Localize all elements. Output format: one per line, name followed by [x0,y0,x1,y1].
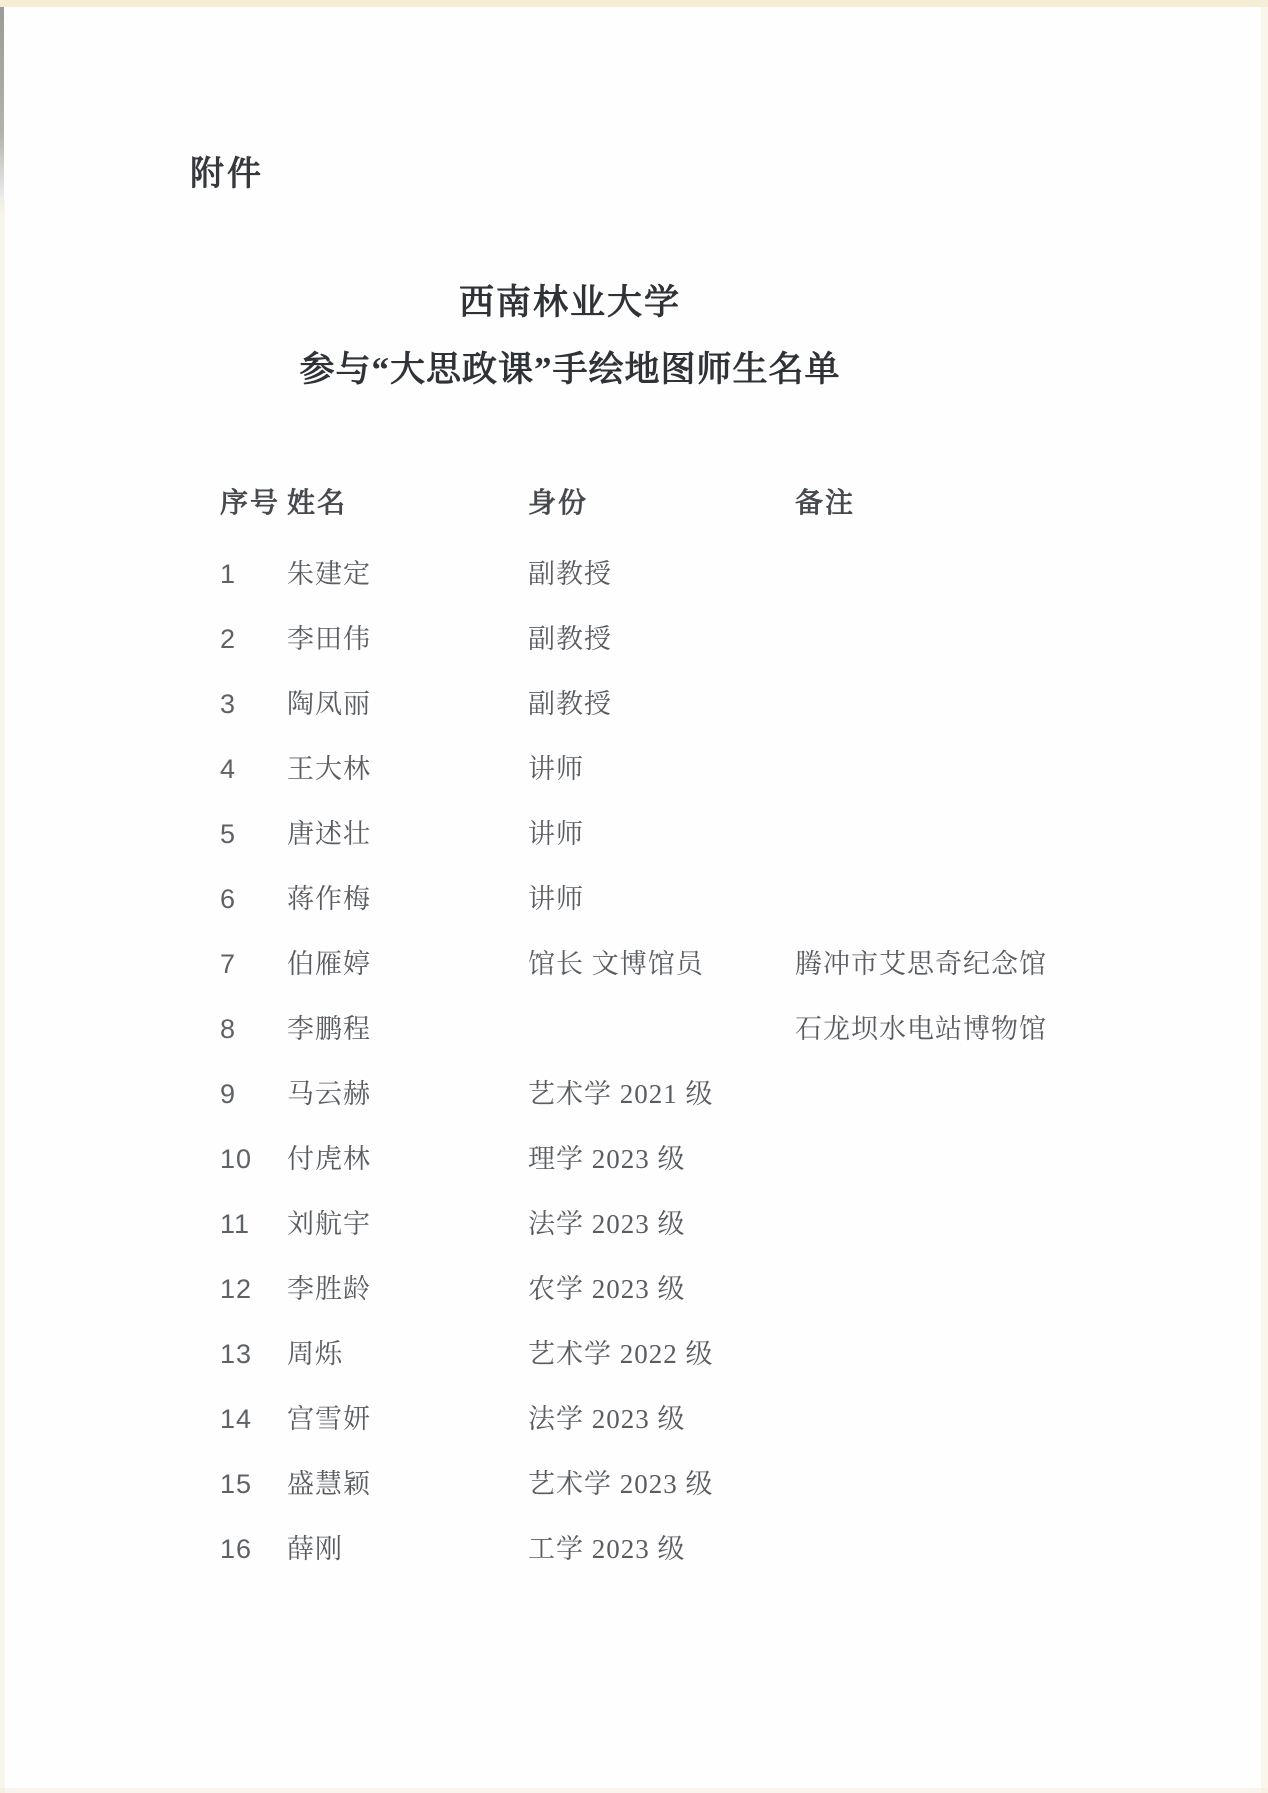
row-identity-cell: 副教授 [528,687,795,721]
table-row: 14 宫雪妍 法学 2023 级 [220,1402,1268,1467]
row-number-cell: 5 [220,817,287,851]
row-name-cell: 付虎林 [287,1142,528,1176]
table-row: 1 朱建定 副教授 [220,557,1268,622]
row-number-cell: 11 [220,1207,287,1241]
row-name-cell: 朱建定 [287,557,528,591]
document-title-line1: 西南林业大学 [120,282,1020,324]
row-name-cell: 李胜龄 [287,1272,528,1306]
row-number-cell: 13 [220,1337,287,1371]
table-row: 16 薛刚 工学 2023 级 [220,1532,1268,1597]
row-name-cell: 宫雪妍 [287,1402,528,1436]
row-number-cell: 1 [220,557,287,591]
document-title-line2: 参与“大思政课”手绘地图师生名单 [120,348,1020,392]
row-name-cell: 王大林 [287,752,528,786]
table-row: 7 伯雁婷 馆长 文博馆员 腾冲市艾思奇纪念馆 [220,947,1268,1012]
row-name-cell: 周烁 [287,1337,528,1371]
table-row: 5 唐述壮 讲师 [220,817,1268,882]
table-row: 13 周烁 艺术学 2022 级 [220,1337,1268,1402]
row-name-cell: 盛慧颖 [287,1467,528,1501]
roster-table: 序号 姓名 身份 备注 1 朱建定 副教授 2 李田伟 副教授 3 陶凤丽 副教… [0,486,1268,1597]
table-row: 15 盛慧颖 艺术学 2023 级 [220,1467,1268,1532]
table-row: 4 王大林 讲师 [220,752,1268,817]
row-identity-cell: 理学 2023 级 [528,1142,795,1176]
row-identity-cell: 副教授 [528,622,795,656]
scan-artifact-bottom-edge [0,1788,1268,1793]
row-number-cell: 4 [220,752,287,786]
row-number-cell: 14 [220,1402,287,1436]
row-remark-cell: 石龙坝水电站博物馆 [795,1012,1215,1046]
row-identity-cell: 艺术学 2022 级 [528,1337,795,1371]
row-name-cell: 薛刚 [287,1532,528,1566]
column-header-no: 序号 [220,486,287,520]
row-name-cell: 马云赫 [287,1077,528,1111]
row-identity-cell: 艺术学 2023 级 [528,1467,795,1501]
row-identity-cell: 副教授 [528,557,795,591]
column-header-name: 姓名 [287,486,528,520]
column-header-remark: 备注 [795,486,1215,520]
column-header-identity: 身份 [528,486,795,520]
table-row: 3 陶凤丽 副教授 [220,687,1268,752]
scan-artifact-top-edge [0,0,1268,7]
roster-body: 1 朱建定 副教授 2 李田伟 副教授 3 陶凤丽 副教授 4 王大林 讲师 5… [0,557,1268,1597]
row-number-cell: 10 [220,1142,287,1176]
table-row: 8 李鹏程 石龙坝水电站博物馆 [220,1012,1268,1077]
attachment-label: 附件 [190,146,264,195]
table-row: 9 马云赫 艺术学 2021 级 [220,1077,1268,1142]
row-number-cell: 9 [220,1077,287,1111]
row-name-cell: 李鹏程 [287,1012,528,1046]
scanned-document-page: 附件 西南林业大学 参与“大思政课”手绘地图师生名单 序号 姓名 身份 备注 1… [0,0,1268,1793]
row-identity-cell: 法学 2023 级 [528,1402,795,1436]
row-name-cell: 蒋作梅 [287,882,528,916]
row-identity-cell: 馆长 文博馆员 [528,947,795,981]
row-name-cell: 唐述壮 [287,817,528,851]
table-row: 2 李田伟 副教授 [220,622,1268,687]
row-number-cell: 12 [220,1272,287,1306]
row-identity-cell: 工学 2023 级 [528,1532,795,1566]
row-remark-cell: 腾冲市艾思奇纪念馆 [795,947,1215,981]
title-block: 西南林业大学 参与“大思政课”手绘地图师生名单 [120,282,1020,392]
row-identity-cell: 艺术学 2021 级 [528,1077,795,1111]
scan-artifact-left-dark-edge [0,7,4,217]
row-identity-cell: 法学 2023 级 [528,1207,795,1241]
row-number-cell: 15 [220,1467,287,1501]
row-identity-cell: 农学 2023 级 [528,1272,795,1306]
row-identity-cell: 讲师 [528,817,795,851]
row-identity-cell: 讲师 [528,882,795,916]
row-name-cell: 伯雁婷 [287,947,528,981]
row-number-cell: 16 [220,1532,287,1566]
table-row: 12 李胜龄 农学 2023 级 [220,1272,1268,1337]
roster-header-row: 序号 姓名 身份 备注 [220,486,1268,557]
row-number-cell: 3 [220,687,287,721]
table-row: 11 刘航宇 法学 2023 级 [220,1207,1268,1272]
row-number-cell: 8 [220,1012,287,1046]
row-name-cell: 李田伟 [287,622,528,656]
row-name-cell: 刘航宇 [287,1207,528,1241]
row-identity-cell: 讲师 [528,752,795,786]
table-row: 10 付虎林 理学 2023 级 [220,1142,1268,1207]
table-row: 6 蒋作梅 讲师 [220,882,1268,947]
row-number-cell: 6 [220,882,287,916]
row-name-cell: 陶凤丽 [287,687,528,721]
row-number-cell: 7 [220,947,287,981]
row-number-cell: 2 [220,622,287,656]
